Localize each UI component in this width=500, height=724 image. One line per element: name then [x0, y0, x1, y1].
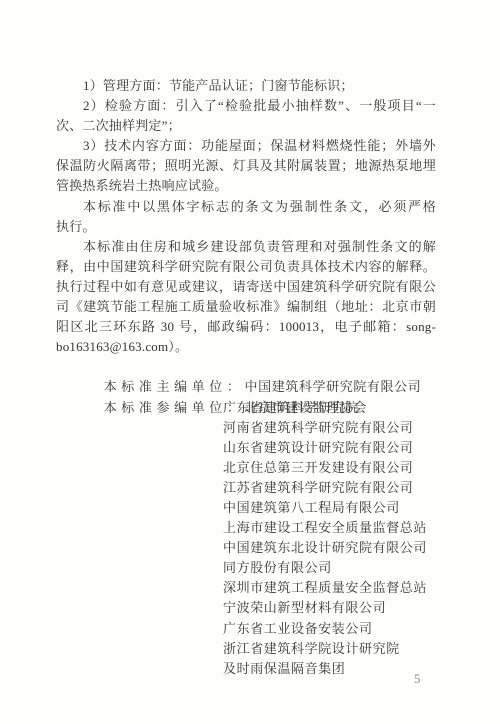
page-number: 5: [414, 671, 421, 687]
body-line: bo163163@163.com）。: [56, 337, 436, 357]
participating-unit: 中国建筑东北设计研究院有限公司: [56, 538, 436, 558]
chief-editor-value: 中国建筑科学研究院有限公司: [245, 379, 422, 394]
body-line: 本标准中以黑体字标志的条文为强制性条文，必须严格: [56, 197, 436, 217]
chief-editor-label: 本标准主编单位：: [77, 377, 245, 397]
participating-unit: 江苏省建筑科学研究院有限公司: [56, 478, 436, 498]
body-line: 1）管理方面：节能产品认证；门窗节能标识；: [56, 76, 436, 96]
participating-unit: 同方股份有限公司: [56, 558, 436, 578]
participating-unit: 浙江省建筑科学院设计研究院: [56, 639, 436, 659]
participating-unit: 中国建筑第八工程局有限公司: [56, 498, 436, 518]
document-page: 1）管理方面：节能产品认证；门窗节能标识； 2）检验方面：引入了“检验批最小抽样…: [0, 0, 500, 724]
body-line: 阳区北三环东路 30 号，邮政编码：100013，电子邮箱：song-: [56, 317, 436, 337]
body-line: 次、二次抽样判定”；: [56, 116, 436, 136]
body-line: 执行。: [56, 217, 436, 237]
body-line: 释，由中国建筑科学研究院有限公司负责具体技术内容的解释。: [56, 257, 436, 277]
participating-unit: 广东省工业设备安装公司: [56, 619, 436, 639]
body-text: 1）管理方面：节能产品认证；门窗节能标识； 2）检验方面：引入了“检验批最小抽样…: [56, 76, 436, 679]
participating-label: 本标准参编单位：: [77, 398, 245, 418]
body-line: 管换热系统岩土热响应试验。: [56, 176, 436, 196]
body-line: 3）技术内容方面：功能屋面；保温材料燃烧性能；外墙外: [56, 136, 436, 156]
participating-unit: 北京住总第三开发建设有限公司: [56, 458, 436, 478]
body-line: 2）检验方面：引入了“检验批最小抽样数”、一般项目“一: [56, 96, 436, 116]
chief-editor-line: 本标准主编单位：中国建筑科学研究院有限公司: [56, 357, 436, 377]
body-line: 保温防火隔离带；照明光源、灯具及其附属装置；地源热泵地埋: [56, 156, 436, 176]
participating-unit: 及时雨保温隔音集团: [56, 659, 436, 679]
body-line: 本标准由住房和城乡建设部负责管理和对强制性条文的解: [56, 237, 436, 257]
participating-unit: 河南省建筑科学研究院有限公司: [56, 418, 436, 438]
participating-unit: 宁波荣山新型材料有限公司: [56, 598, 436, 618]
participating-unit: 山东省建筑设计研究院有限公司: [56, 438, 436, 458]
participating-unit: 上海市建设工程安全质量监督总站: [56, 518, 436, 538]
body-line: 司《建筑节能工程施工质量验收标准》编制组（地址：北京市朝: [56, 297, 436, 317]
participating-unit: 深圳市建筑工程质量安全监督总站: [56, 578, 436, 598]
body-line: 执行过程中如有意见或建议，请寄送中国建筑科学研究院有限公: [56, 277, 436, 297]
